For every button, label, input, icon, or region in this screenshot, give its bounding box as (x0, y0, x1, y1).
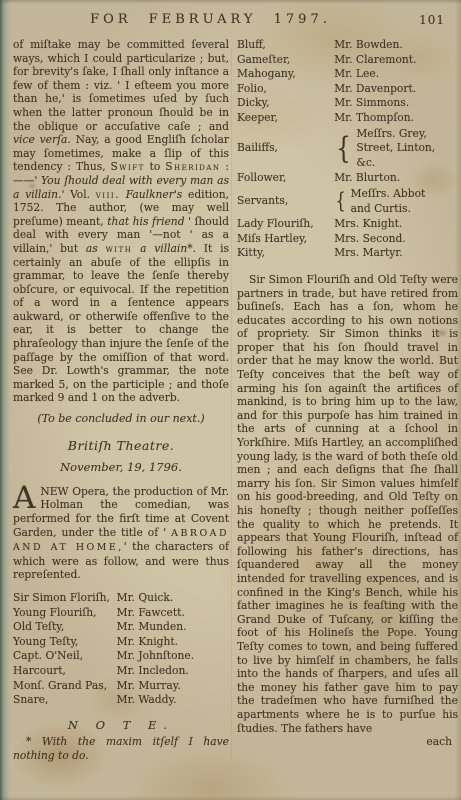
synopsis-paragraph: Sir Simon Flouriſh and Old Teſty were pa… (237, 273, 458, 735)
cast-actor: Mr. Claremont. (334, 53, 458, 68)
cast-role: Follower, (237, 171, 334, 186)
cast-row: Follower, Mr. Blurton. (237, 171, 458, 186)
cast-role: Young Teſty, (13, 635, 117, 650)
cast-actor: Meſſrs. Abbot and Curtis. (351, 187, 443, 216)
cast-row: Lady Flouriſh, Mrs. Knight. (237, 217, 458, 232)
date-line: November, 19, 1796. (13, 461, 229, 475)
cast-role: Capt. O'Neil, (13, 649, 117, 664)
cast-row: Keeper, Mr. Thompſon. (237, 111, 458, 126)
cast-row: Young Flouriſh, Mr. Fawcett. (13, 606, 229, 621)
cast-role: Kitty, (237, 246, 334, 261)
cast-actor: Mr. Johnſtone. (117, 649, 229, 664)
cast-row: Folio, Mr. Davenport. (237, 82, 458, 97)
cast-actor: Mr. Lee. (334, 67, 458, 82)
page-top-edge (0, 0, 461, 4)
section-title: Britiſh Theatre. (13, 439, 229, 453)
cast-row: Mahogany, Mr. Lee. (237, 67, 458, 82)
right-column: Bluff, Mr. Bowden. Gameſter, Mr. Claremo… (237, 38, 458, 749)
cast-row: Sir Simon Floriſh, Mr. Quick. (13, 591, 229, 606)
drop-cap: A (13, 485, 40, 511)
cast-actor: Mr. Waddy. (117, 693, 229, 708)
cast-row: Bluff, Mr. Bowden. (237, 38, 458, 53)
cast-row: Snare, Mr. Waddy. (13, 693, 229, 708)
cast-actor: Mrs. Martyr. (334, 246, 458, 261)
left-column: of miſtake may be committed ſeveral ways… (13, 38, 229, 763)
brace-glyph: { (337, 135, 351, 162)
cast-actor: Mr. Simmons. (334, 96, 458, 111)
brace-glyph: { (336, 192, 346, 211)
cast-role: Young Flouriſh, (13, 606, 117, 621)
cast-actor: Mrs. Knight. (334, 217, 458, 232)
opera-paragraph-text: NEW Opera, the production of Mr. Holman … (13, 485, 229, 582)
cast-role: Mahogany, (237, 67, 334, 82)
cast-role: Snare, (13, 693, 117, 708)
cast-list-left: Sir Simon Floriſh, Mr. Quick. Young Flou… (13, 591, 229, 708)
cast-actor: Mr. Blurton. (334, 171, 458, 186)
to-be-concluded-line: (To be concluded in our next.) (13, 412, 229, 426)
cast-actor: Mr. Bowden. (334, 38, 458, 53)
cast-actor: Mr. Murray. (117, 679, 229, 694)
cast-actor: Mr. Quick. (117, 591, 229, 606)
cast-row: Harcourt, Mr. Incledon. (13, 664, 229, 679)
cast-row: Young Teſty, Mr. Knight. (13, 635, 229, 650)
opera-paragraph: ANEW Opera, the production of Mr. Holman… (13, 485, 229, 582)
book-page: FOR FEBRUARY 1797. 101 of miſtake may be… (0, 0, 461, 800)
catchword: each (237, 735, 458, 749)
cast-actor: Mr. Thompſon. (334, 111, 458, 126)
cast-role: Lady Flouriſh, (237, 217, 334, 232)
note-heading: N O T E. (13, 719, 229, 733)
cast-role: Bluff, (237, 38, 334, 53)
cast-role: Miſs Hartley, (237, 232, 334, 247)
cast-role: Monſ. Grand Pas, (13, 679, 117, 694)
cast-row: Monſ. Grand Pas, Mr. Murray. (13, 679, 229, 694)
cast-role: Dicky, (237, 96, 334, 111)
cast-row: Miſs Hartley, Mrs. Second. (237, 232, 458, 247)
cast-actor: Mr. Davenport. (334, 82, 458, 97)
running-header: FOR FEBRUARY 1797. 101 (0, 12, 461, 32)
cast-row: Kitty, Mrs. Martyr. (237, 246, 458, 261)
page-number: 101 (419, 13, 445, 27)
cast-row: Servants, { Meſſrs. Abbot and Curtis. (237, 187, 458, 216)
page-left-edge (0, 0, 10, 800)
cast-actor: Meſſrs. Grey, Street, Linton, &c. (356, 127, 448, 171)
cast-row: Bailiffs, { Meſſrs. Grey, Street, Linton… (237, 127, 458, 171)
cast-role: Gameſter, (237, 53, 334, 68)
cast-role: Old Teſty, (13, 620, 117, 635)
cast-row: Dicky, Mr. Simmons. (237, 96, 458, 111)
cast-row: Old Teſty, Mr. Munden. (13, 620, 229, 635)
cast-row: Gameſter, Mr. Claremont. (237, 53, 458, 68)
grammar-paragraph: of miſtake may be committed ſeveral ways… (13, 38, 229, 405)
cast-actor: Mrs. Second. (334, 232, 458, 247)
cast-row: Capt. O'Neil, Mr. Johnſtone. (13, 649, 229, 664)
column-gutter (231, 48, 232, 758)
cast-actor: Mr. Munden. (117, 620, 229, 635)
header-title: FOR FEBRUARY 1797. (0, 12, 461, 27)
cast-role: Servants, (237, 194, 334, 209)
cast-role: Folio, (237, 82, 334, 97)
cast-role: Keeper, (237, 111, 334, 126)
page-bottom-edge (0, 796, 461, 800)
footnote-text: * With the maxim itſelf I have nothing t… (13, 735, 229, 762)
cast-role: Bailiffs, (237, 141, 334, 156)
cast-actor: Mr. Incledon. (117, 664, 229, 679)
cast-role: Harcourt, (13, 664, 117, 679)
cast-list-right: Bluff, Mr. Bowden. Gameſter, Mr. Claremo… (237, 38, 458, 261)
cast-role: Sir Simon Floriſh, (13, 591, 117, 606)
cast-actor: Mr. Fawcett. (117, 606, 229, 621)
cast-actor: Mr. Knight. (117, 635, 229, 650)
